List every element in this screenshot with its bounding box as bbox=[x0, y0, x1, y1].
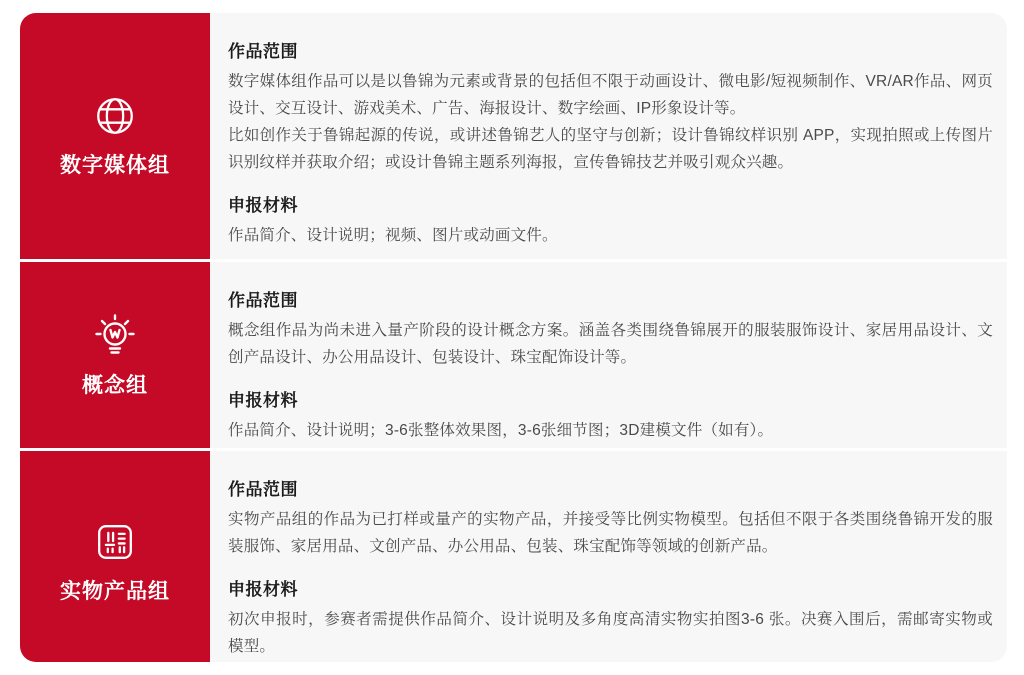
seal-icon bbox=[92, 519, 138, 565]
scope-title: 作品范围 bbox=[228, 286, 993, 311]
group-content: 作品范围 概念组作品为尚未进入量产阶段的设计概念方案。涵盖各类围绕鲁锦展开的服装… bbox=[210, 262, 1007, 448]
group-label: 概念组 bbox=[82, 369, 148, 399]
lightbulb-icon bbox=[91, 311, 139, 359]
scope-paragraph: 概念组作品为尚未进入量产阶段的设计概念方案。涵盖各类围绕鲁锦展开的服装服饰设计、… bbox=[228, 317, 993, 371]
materials-title: 申报材料 bbox=[228, 191, 993, 216]
table-row: 概念组 作品范围 概念组作品为尚未进入量产阶段的设计概念方案。涵盖各类围绕鲁锦展… bbox=[20, 262, 1007, 448]
scope-paragraph: 数字媒体组作品可以是以鲁锦为元素或背景的包括但不限于动画设计、微电影/短视频制作… bbox=[228, 68, 993, 122]
group-sidebar-concept: 概念组 bbox=[20, 262, 210, 448]
group-label: 实物产品组 bbox=[60, 575, 170, 605]
globe-icon bbox=[92, 93, 138, 139]
scope-title: 作品范围 bbox=[228, 37, 993, 62]
materials-title: 申报材料 bbox=[228, 575, 993, 600]
materials-title: 申报材料 bbox=[228, 386, 993, 411]
group-content: 作品范围 实物产品组的作品为已打样或量产的实物产品，并接受等比例实物模型。包括但… bbox=[210, 451, 1007, 662]
group-sidebar-physical-product: 实物产品组 bbox=[20, 451, 210, 662]
group-content: 作品范围 数字媒体组作品可以是以鲁锦为元素或背景的包括但不限于动画设计、微电影/… bbox=[210, 13, 1007, 259]
scope-paragraph: 实物产品组的作品为已打样或量产的实物产品，并接受等比例实物模型。包括但不限于各类… bbox=[228, 506, 993, 560]
group-table-card: 数字媒体组 作品范围 数字媒体组作品可以是以鲁锦为元素或背景的包括但不限于动画设… bbox=[20, 13, 1007, 662]
materials-paragraph: 作品简介、设计说明；3-6张整体效果图，3-6张细节图；3D建模文件（如有）。 bbox=[228, 417, 993, 444]
materials-paragraph: 初次申报时，参赛者需提供作品简介、设计说明及多角度高清实物实拍图3-6 张。决赛… bbox=[228, 606, 993, 660]
group-label: 数字媒体组 bbox=[60, 149, 170, 179]
scope-paragraph: 比如创作关于鲁锦起源的传说，或讲述鲁锦艺人的坚守与创新；设计鲁锦纹样识别 APP… bbox=[228, 122, 993, 176]
table-row: 实物产品组 作品范围 实物产品组的作品为已打样或量产的实物产品，并接受等比例实物… bbox=[20, 451, 1007, 662]
scope-title: 作品范围 bbox=[228, 475, 993, 500]
group-sidebar-digital-media: 数字媒体组 bbox=[20, 13, 210, 259]
table-row: 数字媒体组 作品范围 数字媒体组作品可以是以鲁锦为元素或背景的包括但不限于动画设… bbox=[20, 13, 1007, 259]
materials-paragraph: 作品简介、设计说明；视频、图片或动画文件。 bbox=[228, 222, 993, 249]
